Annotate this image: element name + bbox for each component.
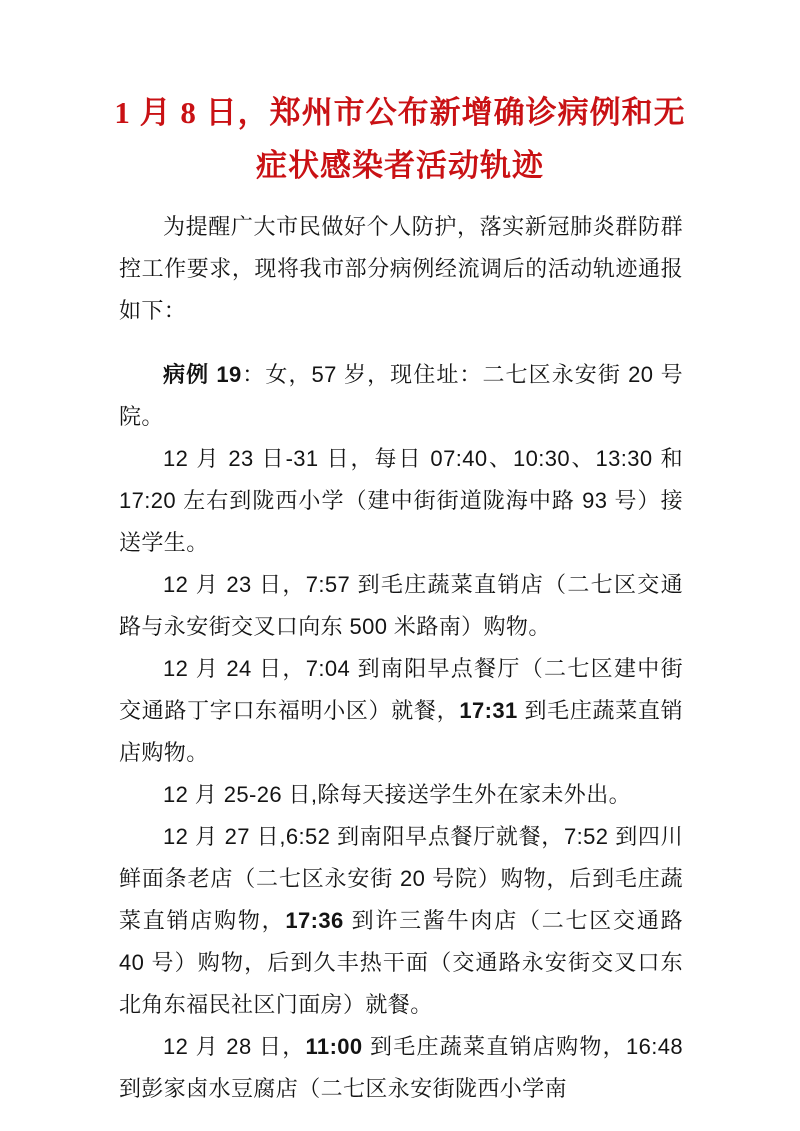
paragraph-dec-25-26: 12 月 25-26 日,除每天接送学生外在家未外出。: [119, 774, 683, 816]
document-title: 1 月 8 日，郑州市公布新增确诊病例和无 症状感染者活动轨迹: [60, 86, 740, 192]
document-title-line-1: 1 月 8 日，郑州市公布新增确诊病例和无: [114, 95, 685, 130]
document-page: 1 月 8 日，郑州市公布新增确诊病例和无 症状感染者活动轨迹 为提醒广大市民做…: [0, 0, 800, 1131]
paragraph-dec-24: 12 月 24 日，7:04 到南阳早点餐厅（二七区建中街交通路丁字口东福明小区…: [119, 648, 683, 774]
paragraph-intro-segment-0: 为提醒广大市民做好个人防护，落实新冠肺炎群防群控工作要求，现将我市部分病例经流调…: [119, 214, 683, 323]
article-body: 为提醒广大市民做好个人防护，落实新冠肺炎群防群控工作要求，现将我市部分病例经流调…: [119, 206, 683, 1110]
paragraph-case-19-profile-segment-0: 病例 19: [163, 362, 242, 387]
paragraph-dec-27: 12 月 27 日,6:52 到南阳早点餐厅就餐，7:52 到四川鲜面条老店（二…: [119, 816, 683, 1026]
paragraph-dec-23: 12 月 23 日，7:57 到毛庄蔬菜直销店（二七区交通路与永安街交叉口向东 …: [119, 564, 683, 648]
paragraph-intro: 为提醒广大市民做好个人防护，落实新冠肺炎群防群控工作要求，现将我市部分病例经流调…: [119, 206, 683, 332]
paragraph-dec-23-segment-0: 12 月 23 日，7:57 到毛庄蔬菜直销店（二七区交通路与永安街交叉口向东 …: [119, 572, 683, 639]
paragraph-dec-28-segment-0: 12 月 28 日，: [163, 1034, 306, 1059]
paragraph-dec-28-segment-1: 11:00: [306, 1034, 363, 1059]
paragraph-dec-27-segment-1: 17:36: [285, 908, 343, 933]
paragraph-dec-28: 12 月 28 日，11:00 到毛庄蔬菜直销店购物，16:48 到彭家卤水豆腐…: [119, 1026, 683, 1110]
paragraph-dec-23-31-segment-0: 12 月 23 日-31 日，每日 07:40、10:30、13:30 和 17…: [119, 446, 683, 555]
document-title-line-2: 症状感染者活动轨迹: [256, 148, 544, 183]
paragraph-dec-24-segment-1: 17:31: [459, 698, 517, 723]
paragraph-dec-25-26-segment-0: 12 月 25-26 日,除每天接送学生外在家未外出。: [163, 782, 631, 807]
paragraph-case-19-profile: 病例 19：女，57 岁，现住址：二七区永安街 20 号院。: [119, 354, 683, 438]
paragraph-dec-23-31: 12 月 23 日-31 日，每日 07:40、10:30、13:30 和 17…: [119, 438, 683, 564]
